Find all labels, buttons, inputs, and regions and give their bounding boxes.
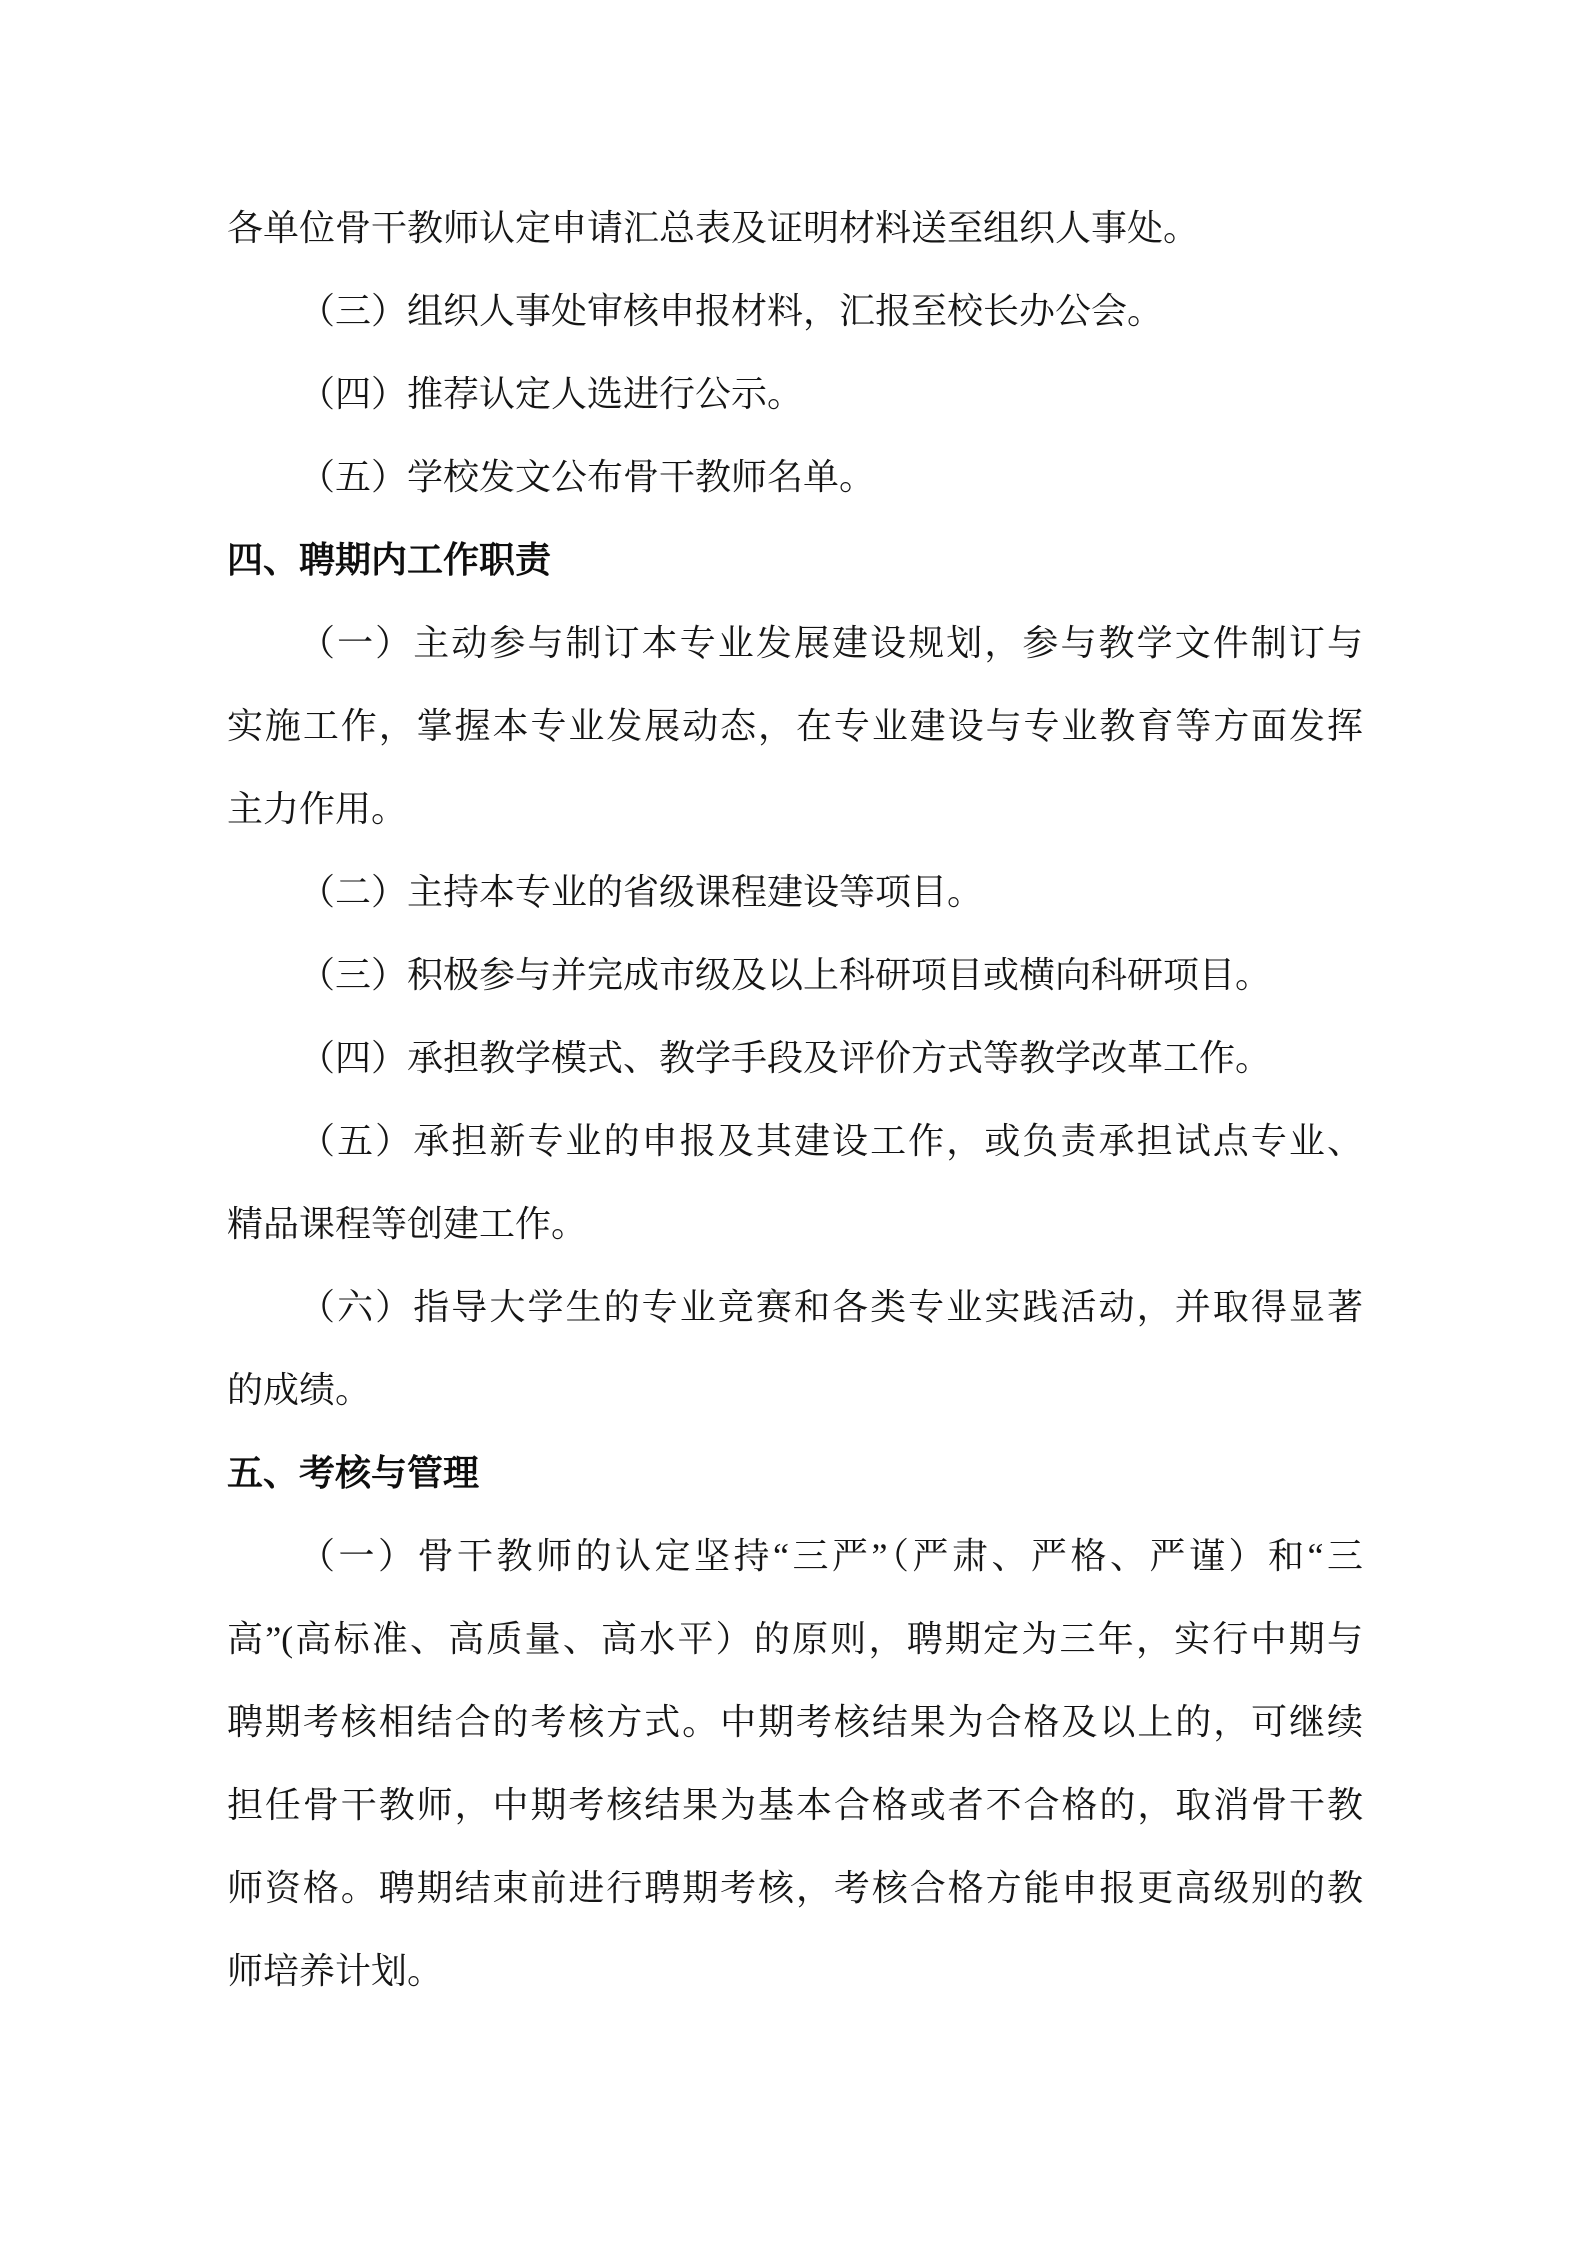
text-line: 实施工作，掌握本专业发展动态，在专业建设与专业教育等方面发挥 (227, 685, 1363, 768)
section-heading: 四、聘期内工作职责 (227, 519, 1363, 602)
text-line: 的成绩。 (227, 1349, 1363, 1432)
text-line: 担任骨干教师，中期考核结果为基本合格或者不合格的，取消骨干教 (227, 1764, 1363, 1847)
text-line: （五）学校发文公布骨干教师名单。 (227, 436, 1363, 519)
text-line: （一）骨干教师的认定坚持“三严”（严肃、严格、严谨）和“三 (227, 1515, 1363, 1598)
text-line: （五）承担新专业的申报及其建设工作，或负责承担试点专业、 (227, 1100, 1363, 1183)
text-line: 精品课程等创建工作。 (227, 1183, 1363, 1266)
text-line: 主力作用。 (227, 768, 1363, 851)
text-line: （四）承担教学模式、教学手段及评价方式等教学改革工作。 (227, 1017, 1363, 1100)
text-line: 各单位骨干教师认定申请汇总表及证明材料送至组织人事处。 (227, 187, 1363, 270)
document-body: 各单位骨干教师认定申请汇总表及证明材料送至组织人事处。（三）组织人事处审核申报材… (227, 187, 1363, 2013)
text-line: （三）组织人事处审核申报材料，汇报至校长办公会。 (227, 270, 1363, 353)
text-line: （二）主持本专业的省级课程建设等项目。 (227, 851, 1363, 934)
text-line: （一）主动参与制订本专业发展建设规划，参与教学文件制订与 (227, 602, 1363, 685)
text-line: （六）指导大学生的专业竞赛和各类专业实践活动，并取得显著 (227, 1266, 1363, 1349)
text-line: 师培养计划。 (227, 1930, 1363, 2013)
document-page: 各单位骨干教师认定申请汇总表及证明材料送至组织人事处。（三）组织人事处审核申报材… (0, 0, 1587, 2245)
text-line: （四）推荐认定人选进行公示。 (227, 353, 1363, 436)
section-heading: 五、考核与管理 (227, 1432, 1363, 1515)
text-line: 高”(高标准、高质量、高水平）的原则，聘期定为三年，实行中期与 (227, 1598, 1363, 1681)
text-line: 聘期考核相结合的考核方式。中期考核结果为合格及以上的，可继续 (227, 1681, 1363, 1764)
text-line: 师资格。聘期结束前进行聘期考核，考核合格方能申报更高级别的教 (227, 1847, 1363, 1930)
text-line: （三）积极参与并完成市级及以上科研项目或横向科研项目。 (227, 934, 1363, 1017)
